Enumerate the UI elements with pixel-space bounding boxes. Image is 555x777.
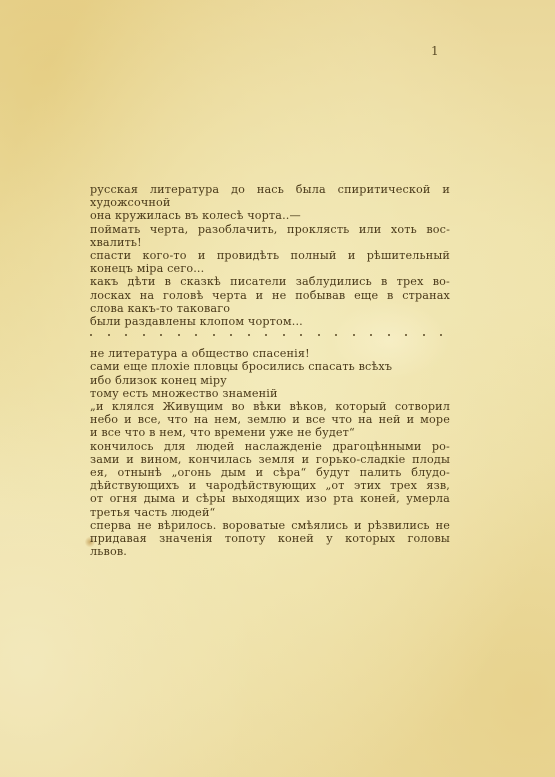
text-line: поймать черта, разоблачить, проклясть ил… xyxy=(90,223,450,236)
text-line: тому есть множество знаменій xyxy=(90,387,450,400)
text-line: зами и вином, кончилась земля и горько-с… xyxy=(90,453,450,466)
separator-dot xyxy=(283,334,285,336)
separator-dot xyxy=(353,334,355,336)
text-line: кончилось для людей наслажденіе драгоцѣн… xyxy=(90,440,450,453)
text-line: дѣйствующихъ и чародѣйствующих „от этих … xyxy=(90,479,450,492)
text-line: небо и все, что на нем, землю и все что … xyxy=(90,413,450,426)
separator-dot xyxy=(143,334,145,336)
text-line: спасти кого-то и провидѣть полный и рѣши… xyxy=(90,249,450,262)
separator-dot xyxy=(335,334,337,336)
separator-dot xyxy=(213,334,215,336)
text-line: русская литература до нась была спиритич… xyxy=(90,183,450,196)
page-number: 1 xyxy=(431,44,439,58)
text-line: львов. xyxy=(90,545,450,558)
separator-dot xyxy=(160,334,162,336)
text-line: какъ дѣти в сказкѣ писатели заблудились … xyxy=(90,275,450,288)
text-line: придавая значенія топоту коней у которых… xyxy=(90,532,450,545)
separator-dot xyxy=(318,334,320,336)
text-line: лосках на головѣ черта и не побывав еще … xyxy=(90,289,450,302)
text-line: от огня дыма и сѣры выходящих изо рта ко… xyxy=(90,492,450,505)
text-line: сперва не вѣрилось. вороватые смѣялись и… xyxy=(90,519,450,532)
separator-dot xyxy=(300,334,302,336)
separator-dot xyxy=(178,334,180,336)
separator-dot xyxy=(423,334,425,336)
body-text: русская литература до нась была спиритич… xyxy=(90,183,450,558)
text-line: ибо близок конец міру xyxy=(90,374,450,387)
separator-dot xyxy=(405,334,407,336)
separator-dot xyxy=(440,334,442,336)
text-line: были раздавлены клопом чортом... xyxy=(90,315,450,328)
text-line: сами еще плохіе пловцы бросились спасать… xyxy=(90,360,450,373)
separator-dot xyxy=(230,334,232,336)
separator-dot xyxy=(265,334,267,336)
text-line: она кружилась въ колесѣ чорта..— xyxy=(90,209,450,222)
text-line: и все что в нем, что времени уже не буде… xyxy=(90,426,450,439)
separator-dot xyxy=(108,334,110,336)
text-line: ея, отнынѣ „огонь дым и сѣра“ будут пали… xyxy=(90,466,450,479)
separator-dot xyxy=(195,334,197,336)
text-line: художсочной xyxy=(90,196,450,209)
text-line: хвалить! xyxy=(90,236,450,249)
text-line: конецъ міра сего... xyxy=(90,262,450,275)
separator-dot xyxy=(388,334,390,336)
text-line: „и клялся Живущим во вѣки вѣков, который… xyxy=(90,400,450,413)
text-line: не литература а общество спасенія! xyxy=(90,347,450,360)
separator-dot xyxy=(370,334,372,336)
scanned-page: 1 русская литература до нась была спирит… xyxy=(0,0,555,777)
separator-dot xyxy=(90,334,92,336)
dotted-separator xyxy=(90,330,450,343)
separator-dot xyxy=(248,334,250,336)
text-line: слова какъ-то таковаго xyxy=(90,302,450,315)
separator-dot xyxy=(125,334,127,336)
text-line: третья часть людей“ xyxy=(90,506,450,519)
